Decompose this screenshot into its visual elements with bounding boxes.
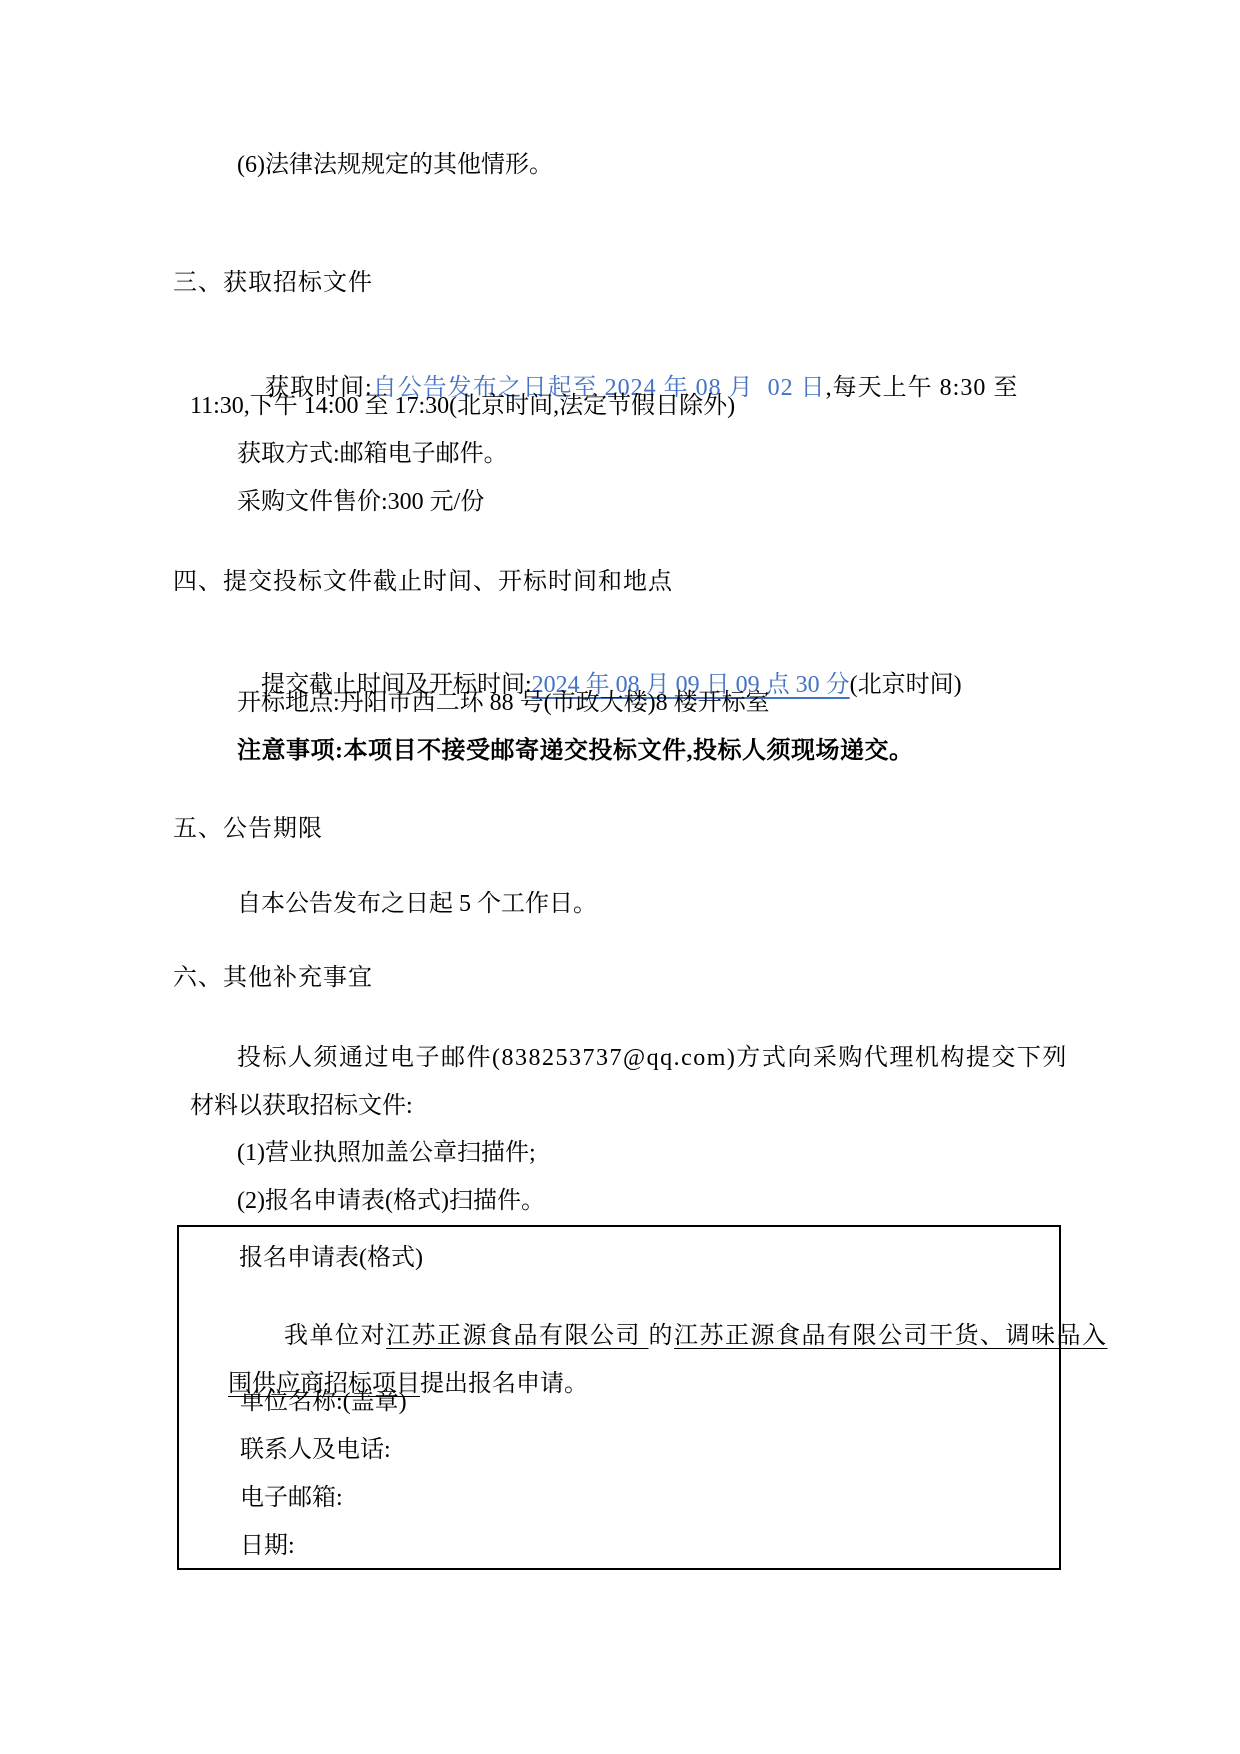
clause-other-situations: (6)法律法规规定的其他情形。 bbox=[237, 150, 553, 180]
form-statement-tail: 提出报名申请。 bbox=[420, 1371, 588, 1397]
notice-line: 注意事项:本项目不接受邮寄递交投标文件,投标人须现场递交。 bbox=[237, 736, 914, 766]
obtain-time-tail: ,每天上午 8:30 至 bbox=[826, 375, 1019, 401]
section-four-heading: 四、提交投标文件截止时间、开标时间和地点 bbox=[173, 567, 673, 597]
section-three-heading: 三、获取招标文件 bbox=[173, 268, 373, 298]
material-item-2: (2)报名申请表(格式)扫描件。 bbox=[237, 1186, 545, 1216]
form-field-date: 日期: bbox=[240, 1531, 295, 1561]
obtain-time-line2: 11:30,下午 14:00 至 17:30(北京时间,法定节假日除外) bbox=[190, 391, 735, 421]
obtain-method-line: 获取方式:邮箱电子邮件。 bbox=[237, 439, 508, 469]
document-page: (6)法律法规规定的其他情形。 三、获取招标文件 获取时间:自公告发布之日起至 … bbox=[0, 0, 1240, 1754]
material-item-1: (1)营业执照加盖公章扫描件; bbox=[237, 1138, 536, 1168]
form-field-company: 单位名称:(盖章) bbox=[240, 1387, 407, 1417]
form-project-name-part1: 江苏正源食品有限公司干货、调味品入 bbox=[674, 1323, 1108, 1349]
application-form-box: 报名申请表(格式) 我单位对江苏正源食品有限公司 的江苏正源食品有限公司干货、调… bbox=[177, 1225, 1061, 1570]
supplement-line1: 投标人须通过电子邮件(838253737@qq.com)方式向采购代理机构提交下… bbox=[237, 1043, 1068, 1073]
form-statement-mid: 的 bbox=[649, 1323, 675, 1349]
doc-price-line: 采购文件售价:300 元/份 bbox=[237, 487, 484, 517]
form-field-contact: 联系人及电话: bbox=[240, 1435, 391, 1465]
form-title: 报名申请表(格式) bbox=[239, 1243, 423, 1273]
section-five-heading: 五、公告期限 bbox=[173, 814, 323, 844]
form-field-email: 电子邮箱: bbox=[240, 1483, 343, 1513]
announcement-period-line: 自本公告发布之日起 5 个工作日。 bbox=[237, 889, 597, 919]
supplement-line2: 材料以获取招标文件: bbox=[190, 1091, 413, 1121]
open-location-line: 开标地点:丹阳市西二环 88 号(市政大楼)8 楼开标室 bbox=[237, 688, 770, 718]
deadline-tail: (北京时间) bbox=[850, 672, 962, 698]
section-six-heading: 六、其他补充事宜 bbox=[173, 963, 373, 993]
